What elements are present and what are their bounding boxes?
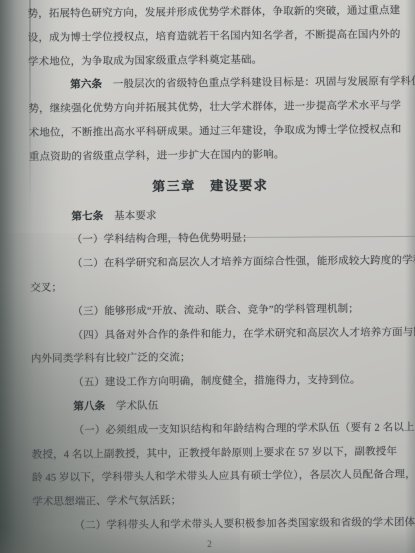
article-number: 第八条 (73, 401, 105, 412)
paragraph-line: 势，拓展特色研究方向，发展并形成优势学术群体，争取新的突破，通过重点建 (27, 0, 389, 27)
article-6-heading-line: 第六条 一般层次的省级特色重点学科建设目标是：巩固与发展原有学科优 (28, 71, 390, 98)
paragraph-line: 术地位，不断推出高水平科研成果。通过三年建设，争取成为博士学位授权点和 (29, 119, 391, 146)
paragraph-line: 势，继续强化优势方向并拓展其优势，壮大学术群体，进一步提高学术水平与学 (28, 95, 390, 122)
article-7-heading-line: 第七条 基本要求 (29, 202, 391, 229)
document-text: 势，拓展特色研究方向，发展并形成优势学术群体，争取新的突破，通过重点建 设，成为… (27, 0, 394, 539)
paragraph-line: 重点资助的省级重点学科，进一步扩大在国内的影响。 (29, 142, 391, 169)
paragraph-line: 学术地位，为争取成为国家级重点学科奠定基础。 (28, 47, 390, 74)
paragraph-line: 学术思想端正、学术气氛活跃； (32, 488, 394, 515)
article-number: 第七条 (71, 211, 103, 222)
paragraph-line: 交叉； (30, 273, 392, 300)
clause-line: （四）具备对外合作的条件和能力，在学术研究和高层次人才培养方面与国 (31, 321, 393, 348)
paragraph-line: 设，成为博士学位授权点，培育造就若干名国内知名学者，不断提高在国内外的 (28, 23, 390, 50)
clause-line: （二）学科带头人和学术带头人要积极参加各类国家级和省级的学术团体， (32, 511, 394, 538)
paragraph-line: 教授，4 名以上副教授，其中，正教授年龄原则上要求在 57 岁以下，副教授年 (32, 440, 394, 467)
article-8-heading-line: 第八条 学术队伍 (31, 392, 393, 419)
clause-line: （一）学科结构合理，特色优势明显； (30, 226, 392, 253)
article-text: 基本要求 (103, 210, 156, 222)
article-text: 一般层次的省级特色重点学科建设目标是：巩固与发展原有学科优 (102, 77, 415, 91)
article-number: 第六条 (70, 80, 102, 91)
chapter-heading: 第三章 建设要求 (29, 172, 391, 199)
clause-line: （五）建设工作方向明确，制度健全，措施得力，支持到位。 (31, 369, 393, 396)
paragraph-line: 内外同类学科有比较广泛的交流； (31, 345, 393, 372)
clause-line: （一）必须组成一支知识结构和年龄结构合理的学术队伍（要有 2 名以上正 (31, 416, 393, 443)
clause-line: （二）在科学研究和高层次人才培养方面综合性强，能形成较大跨度的学科 (30, 250, 392, 277)
page-number: 2 (207, 539, 212, 549)
paragraph-line: 龄 45 岁以下，学科带头人和学术带头人应具有硕士学位），各层次人员配备合理， (32, 464, 394, 491)
document-photo: 势，拓展特色研究方向，发展并形成优势学术群体，争取新的突破，通过重点建 设，成为… (0, 0, 415, 553)
clause-line: （三）能够形成“开放、流动、联合、竞争”的学科管理机制； (30, 297, 392, 324)
article-text: 学术队伍 (105, 401, 158, 413)
